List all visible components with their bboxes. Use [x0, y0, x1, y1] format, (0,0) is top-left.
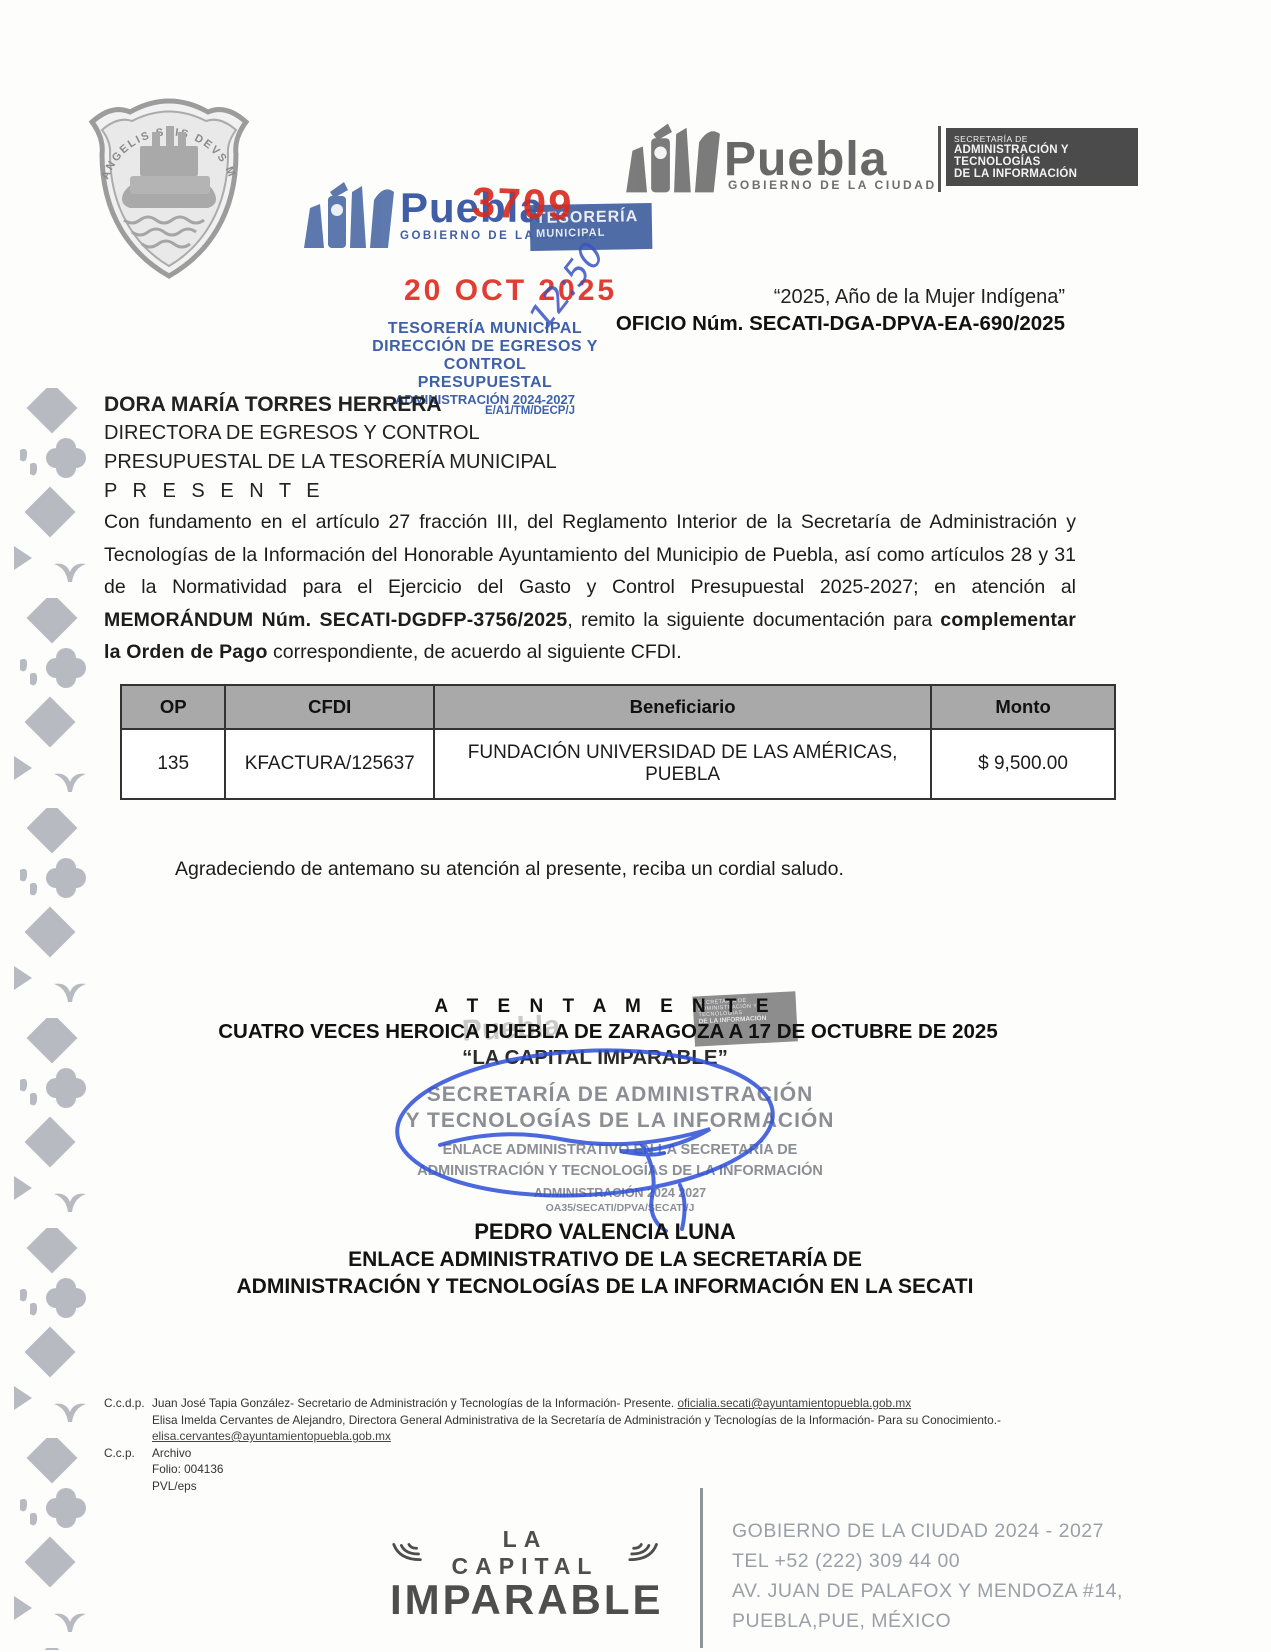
closing-line: Agradeciendo de antemano su atención al …	[175, 858, 844, 881]
wing-right-icon	[628, 1540, 660, 1566]
received-folio-number: 3709	[471, 178, 574, 230]
folio-line: Folio: 004136	[152, 1461, 224, 1478]
addressee-block: DORA MARÍA TORRES HERRERA DIRECTORA DE E…	[104, 390, 557, 506]
signer-title-2: ADMINISTRACIÓN Y TECNOLOGÍAS DE LA INFOR…	[0, 1273, 1210, 1300]
email-link-oficialia[interactable]: oficialia.secati@ayuntamientopuebla.gob.…	[677, 1396, 911, 1410]
year-legend: “2025, Año de la Mujer Indígena”	[575, 286, 1065, 309]
cell-beneficiario: FUNDACIÓN UNIVERSIDAD DE LAS AMÉRICAS, P…	[434, 729, 931, 799]
ccdp-label: C.c.d.p.	[104, 1395, 152, 1412]
addressee-title-1: DIRECTORA DE EGRESOS Y CONTROL	[104, 419, 557, 448]
secretariat-name-box: SECRETARÍA DE ADMINISTRACIÓN Y TECNOLOGÍ…	[946, 128, 1138, 186]
table-header-row: OP CFDI Beneficiario Monto	[121, 685, 1115, 729]
capital-imparable-logo: LA CAPITAL IMPARABLE	[390, 1526, 660, 1620]
addressee-salutation: P R E S E N T E	[104, 477, 557, 506]
footer-address: GOBIERNO DE LA CIUDAD 2024 - 2027 TEL +5…	[732, 1516, 1123, 1636]
cell-monto: $ 9,500.00	[931, 729, 1115, 799]
cfdi-table: OP CFDI Beneficiario Monto 135 KFACTURA/…	[120, 684, 1116, 800]
body-text-2: , remito la siguiente documentación para	[567, 609, 940, 631]
ccdp-line-2: Elisa Imelda Cervantes de Alejandro, Dir…	[152, 1412, 1001, 1429]
footer-divider	[700, 1488, 703, 1648]
addressee-title-2: PRESUPUESTAL DE LA TESORERÍA MUNICIPAL	[104, 448, 557, 477]
puebla-coat-of-arms: ANGELIS SVIS DEVS MANDAVIT DE TE VT CVST…	[78, 88, 260, 284]
col-header-beneficiario: Beneficiario	[434, 685, 931, 729]
cc-block: C.c.d.p. Juan José Tapia González- Secre…	[104, 1395, 1001, 1494]
ccp-label: C.c.p.	[104, 1445, 152, 1462]
col-header-op: OP	[121, 685, 225, 729]
memorandum-number: MEMORÁNDUM Núm. SECATI-DGDFP-3756/2025	[104, 609, 567, 631]
col-header-cfdi: CFDI	[225, 685, 434, 729]
table-row: 135 KFACTURA/125637 FUNDACIÓN UNIVERSIDA…	[121, 729, 1115, 799]
ccp-archivo: Archivo	[152, 1445, 191, 1462]
puebla-skyline-icon-blue	[300, 178, 396, 252]
signer-block: PEDRO VALENCIA LUNA ENLACE ADMINISTRATIV…	[0, 1218, 1210, 1300]
email-link-elisa[interactable]: elisa.cervantes@ayuntamientopuebla.gob.m…	[152, 1429, 391, 1443]
puebla-skyline-icon-gray	[622, 118, 722, 198]
cell-op: 135	[121, 729, 225, 799]
oficio-number: OFICIO Núm. SECATI-DGA-DPVA-EA-690/2025	[505, 312, 1065, 336]
cell-cfdi: KFACTURA/125637	[225, 729, 434, 799]
page-footer: LA CAPITAL IMPARABLE GOBIERNO DE LA CIUD…	[0, 1488, 1271, 1652]
talavera-pattern-decoration	[6, 388, 106, 1650]
body-text-3: correspondiente, de acuerdo al siguiente…	[268, 641, 682, 663]
atentamente-heading: A T E N T A M E N T E	[0, 996, 1210, 1018]
signer-name: PEDRO VALENCIA LUNA	[0, 1218, 1210, 1246]
scanned-official-letter: ANGELIS SVIS DEVS MANDAVIT DE TE VT CVST…	[0, 0, 1271, 1652]
signer-title-1: ENLACE ADMINISTRATIVO DE LA SECRETARÍA D…	[0, 1246, 1210, 1273]
secretariat-header-logo: Puebla GOBIERNO DE LA CIUDAD SECRETARÍA …	[622, 104, 1142, 196]
body-text-1: Con fundamento en el artículo 27 fracció…	[104, 511, 1076, 598]
body-paragraph: Con fundamento en el artículo 27 fracció…	[104, 506, 1076, 669]
logo-divider	[938, 126, 941, 192]
wing-left-icon	[390, 1540, 422, 1566]
col-header-monto: Monto	[931, 685, 1115, 729]
addressee-name: DORA MARÍA TORRES HERRERA	[104, 390, 557, 419]
ccdp-line-1: Juan José Tapia González- Secretario de …	[152, 1395, 911, 1412]
